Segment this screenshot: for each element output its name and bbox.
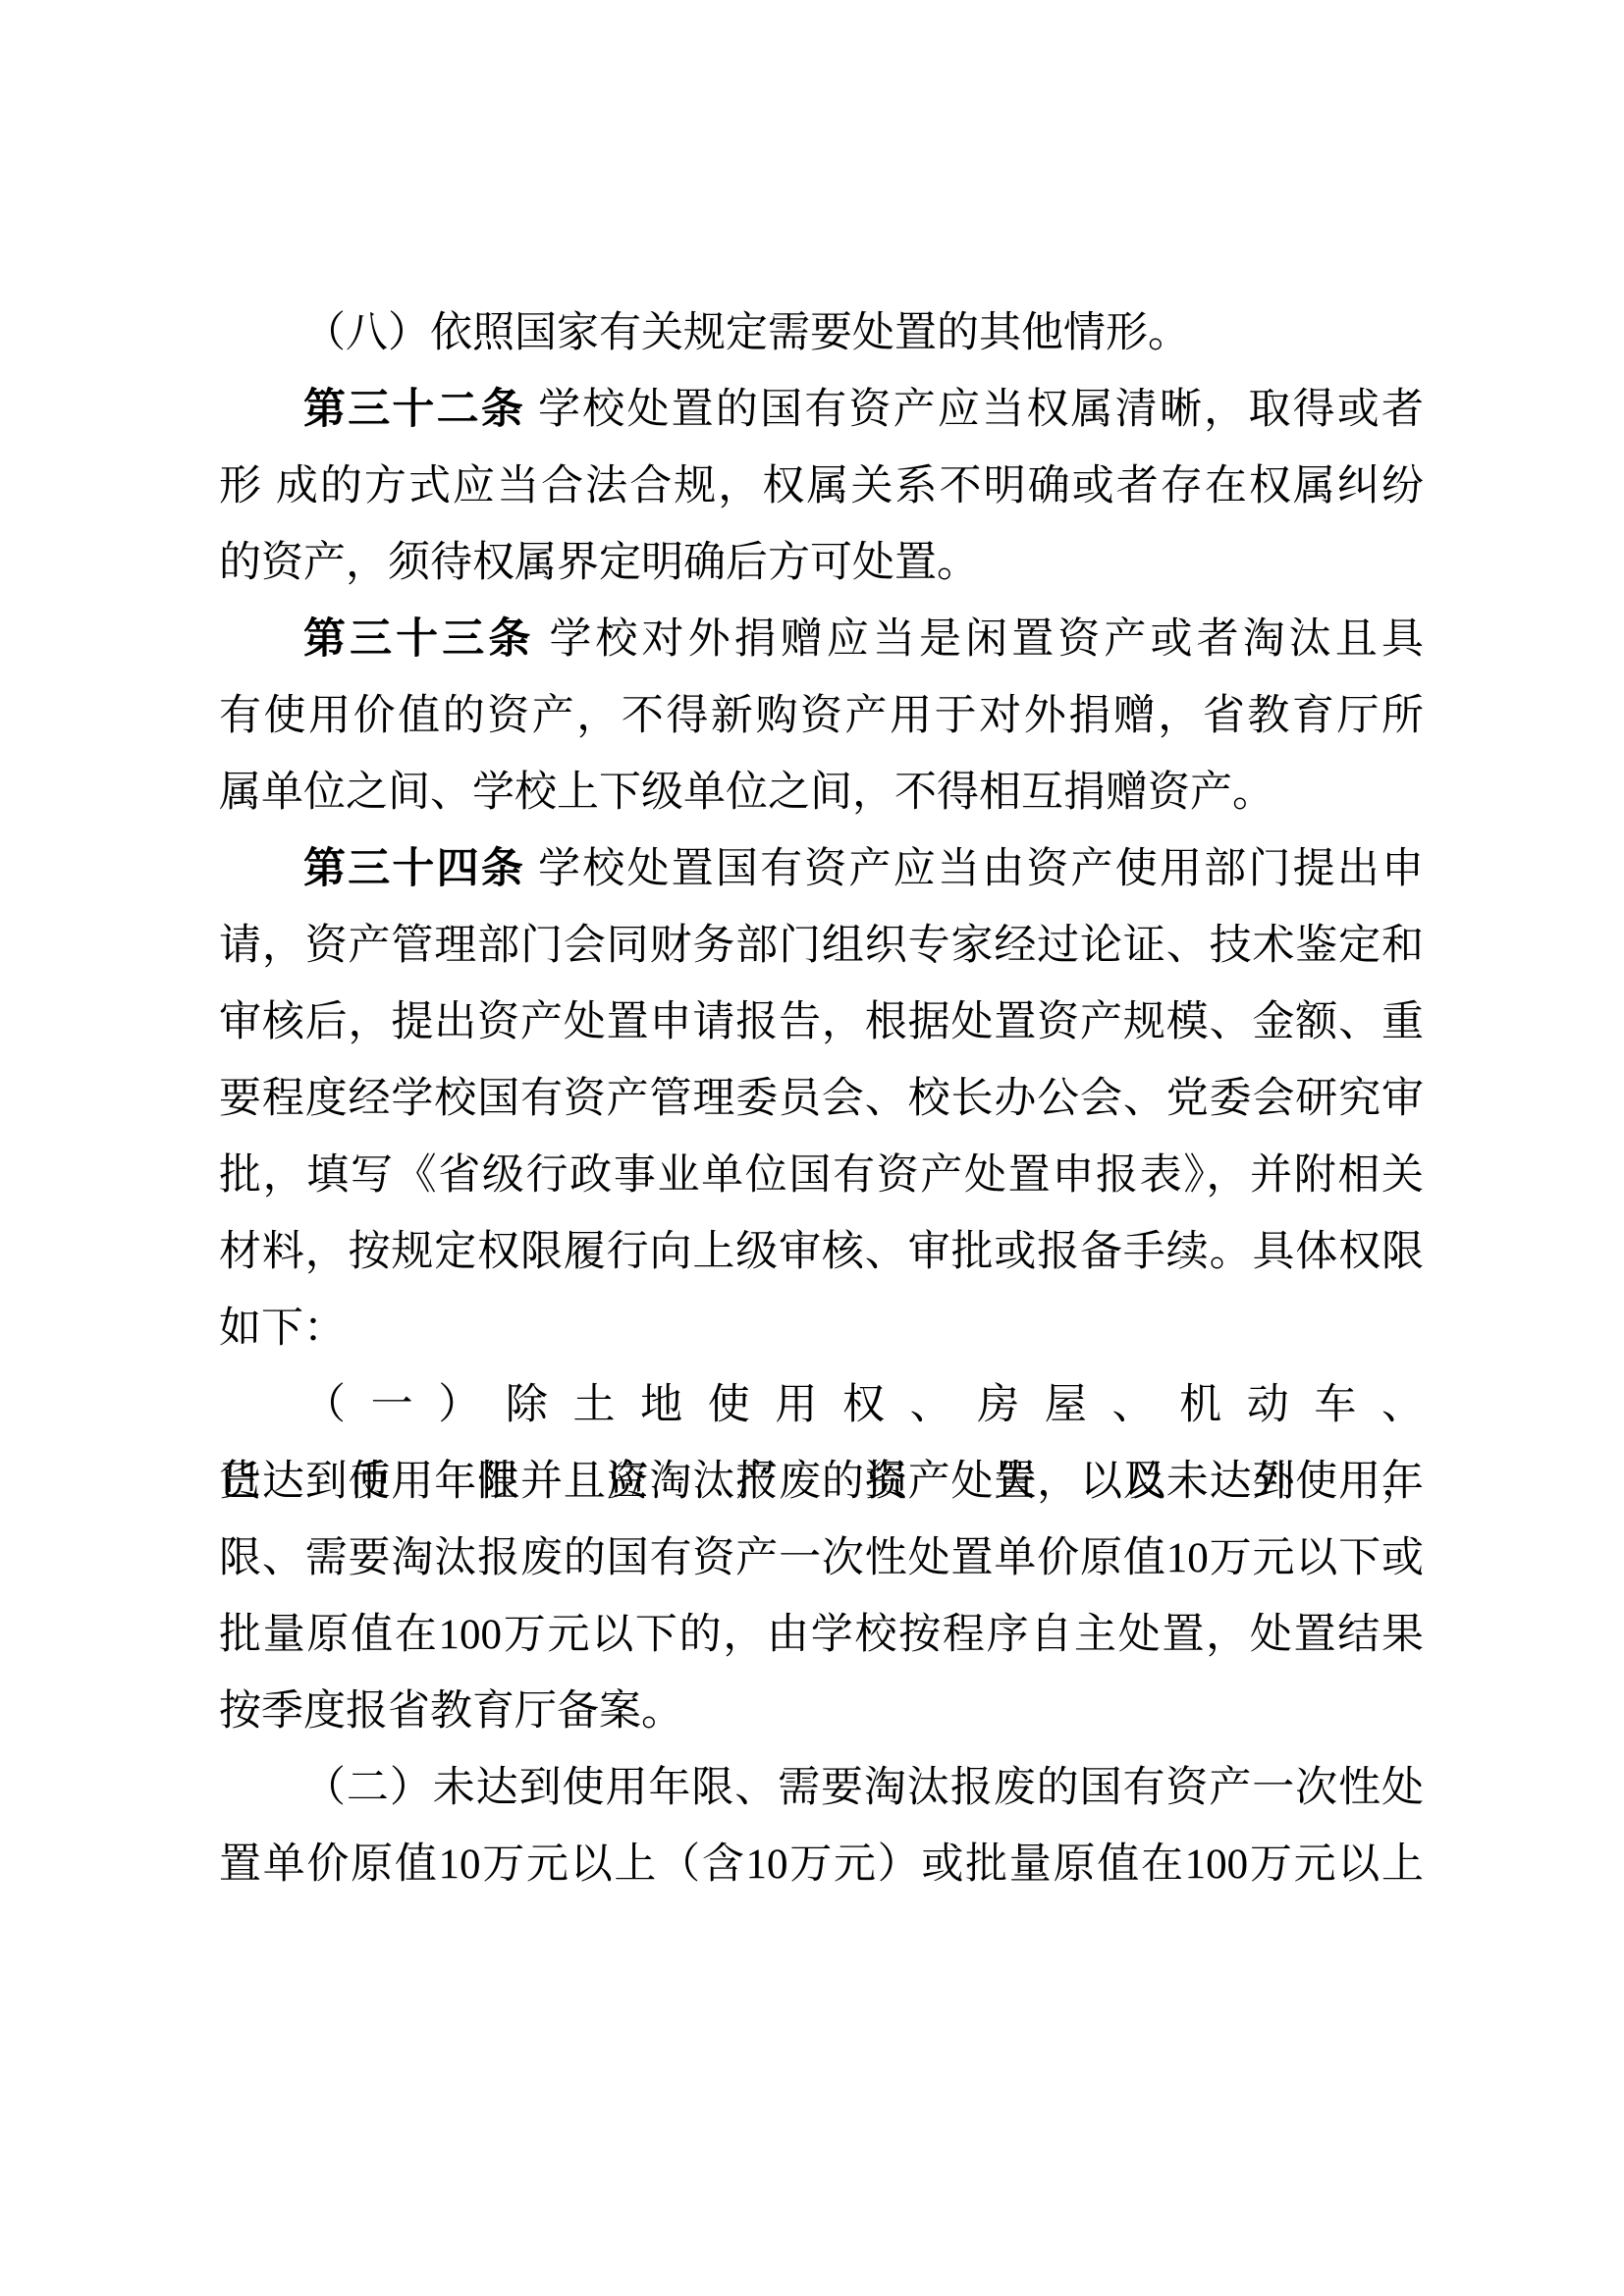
body-text-segment: 学校处置国有资产应当由资产使用部门提出申 [525,846,1424,892]
document-line: 材料，按规定权限履行向上级审核、审批或报备手续。具体权限 [219,1214,1424,1291]
body-text-segment: 的资产，须待权属界定明确后方可处置。 [219,540,979,586]
document-line: 已达到使用年限并且应淘汰报废的资产处置，以及未达到使用年 [219,1444,1424,1521]
body-text-segment: 限、需要淘汰报废的国有资产一次性处置单价原值10万元以下或 [219,1535,1424,1581]
document-line: （一）除土地使用权、房屋、机动车、货币性资产损失以外， [219,1367,1424,1444]
document-line: 批，填写《省级行政事业单位国有资产处置申报表》，并附相关 [219,1138,1424,1214]
body-text-segment: 置单价原值10万元以上（含10万元）或批量原值在100万元以上 [219,1842,1424,1888]
document-line: 属单位之间、学校上下级单位之间，不得相互捐赠资产。 [219,755,1424,831]
document-line: 的资产，须待权属界定明确后方可处置。 [219,525,1424,602]
document-line: 第三十四条 学校处置国有资产应当由资产使用部门提出申 [219,831,1424,908]
body-text-segment: 审核后，提出资产处置申请报告，根据处置资产规模、金额、重 [219,999,1424,1045]
document-line: 有使用价值的资产，不得新购资产用于对外捐赠，省教育厅所 [219,678,1424,755]
body-text-segment: 形 成的方式应当合法合规，权属关系不明确或者存在权属纠纷 [219,463,1424,509]
document-text-block: （八）依照国家有关规定需要处置的其他情形。第三十二条 学校处置的国有资产应当权属… [219,295,1424,1903]
article-number-label: 第三十三条 [303,616,534,663]
body-text-segment: 批量原值在100万元以下的，由学校按程序自主处置，处置结果 [219,1612,1424,1658]
body-text-segment: 学校对外捐赠应当是闲置资产或者淘汰且具 [534,616,1424,663]
body-text-segment: （八）依照国家有关规定需要处置的其他情形。 [303,310,1190,356]
document-line: 按季度报省教育厅备案。 [219,1674,1424,1750]
body-text-segment: （二）未达到使用年限、需要淘汰报废的国有资产一次性处 [303,1765,1424,1811]
body-text-segment: 要程度经学校国有资产管理委员会、校长办公会、党委会研究审 [219,1076,1424,1122]
document-line: （二）未达到使用年限、需要淘汰报废的国有资产一次性处 [219,1750,1424,1827]
body-text-segment: 已达到使用年限并且应淘汰报废的资产处置，以及未达到使用年 [219,1459,1424,1505]
article-number-label: 第三十四条 [303,846,525,892]
body-text-segment: 如下： [219,1306,346,1352]
body-text-segment: 属单位之间、学校上下级单位之间，不得相互捐赠资产。 [219,770,1274,816]
document-line: 请，资产管理部门会同财务部门组织专家经过论证、技术鉴定和 [219,908,1424,985]
body-text-segment: 按季度报省教育厅备案。 [219,1688,683,1735]
document-line: 如下： [219,1291,1424,1367]
document-line: 要程度经学校国有资产管理委员会、校长办公会、党委会研究审 [219,1061,1424,1138]
document-line: 审核后，提出资产处置申请报告，根据处置资产规模、金额、重 [219,985,1424,1061]
document-page: （八）依照国家有关规定需要处置的其他情形。第三十二条 学校处置的国有资产应当权属… [0,0,1624,2296]
document-line: 第三十二条 学校处置的国有资产应当权属清晰，取得或者 [219,372,1424,449]
body-text-segment: 有使用价值的资产，不得新购资产用于对外捐赠，省教育厅所 [219,693,1424,739]
document-line: 形 成的方式应当合法合规，权属关系不明确或者存在权属纠纷 [219,449,1424,525]
article-number-label: 第三十二条 [303,387,525,433]
body-text-segment: 请，资产管理部门会同财务部门组织专家经过论证、技术鉴定和 [219,923,1424,969]
document-line: 批量原值在100万元以下的，由学校按程序自主处置，处置结果 [219,1597,1424,1674]
body-text-segment: 材料，按规定权限履行向上级审核、审批或报备手续。具体权限 [219,1229,1424,1275]
document-line: 第三十三条 学校对外捐赠应当是闲置资产或者淘汰且具 [219,602,1424,678]
body-text-segment: 批，填写《省级行政事业单位国有资产处置申报表》，并附相关 [219,1152,1424,1199]
body-text-segment: 学校处置的国有资产应当权属清晰，取得或者 [525,387,1424,433]
document-line: （八）依照国家有关规定需要处置的其他情形。 [219,295,1424,372]
document-line: 限、需要淘汰报废的国有资产一次性处置单价原值10万元以下或 [219,1521,1424,1597]
document-line: 置单价原值10万元以上（含10万元）或批量原值在100万元以上 [219,1827,1424,1903]
